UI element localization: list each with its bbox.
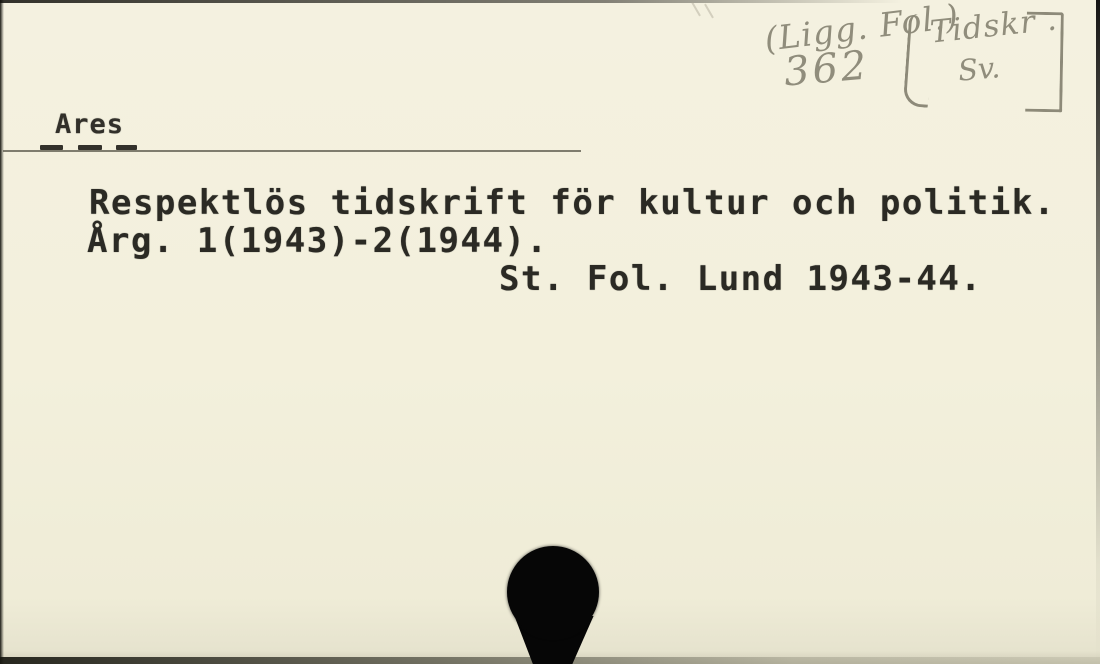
typed-line-volumes: Årg. 1(1943)-2(1944). [87,221,548,261]
typed-line-imprint: St. Fol. Lund 1943-44. [499,259,982,299]
card-heading: Ares [55,109,124,140]
scan-edge-left [0,0,4,664]
heading-rule [3,150,581,152]
scan-edge-right [1096,0,1100,664]
typed-line-title: Respektlös tidskrift för kultur och poli… [89,183,1056,223]
faint-pencil-mark [704,4,714,19]
faint-pencil-mark [691,2,701,17]
catalog-card: (Ligg. Fol.) 362 Tidskr . Sv. Ares Respe… [0,0,1100,664]
pencil-shelf-number: 362 [782,42,871,95]
punch-hole [507,546,599,638]
pencil-language-note: Sv. [957,50,1002,88]
